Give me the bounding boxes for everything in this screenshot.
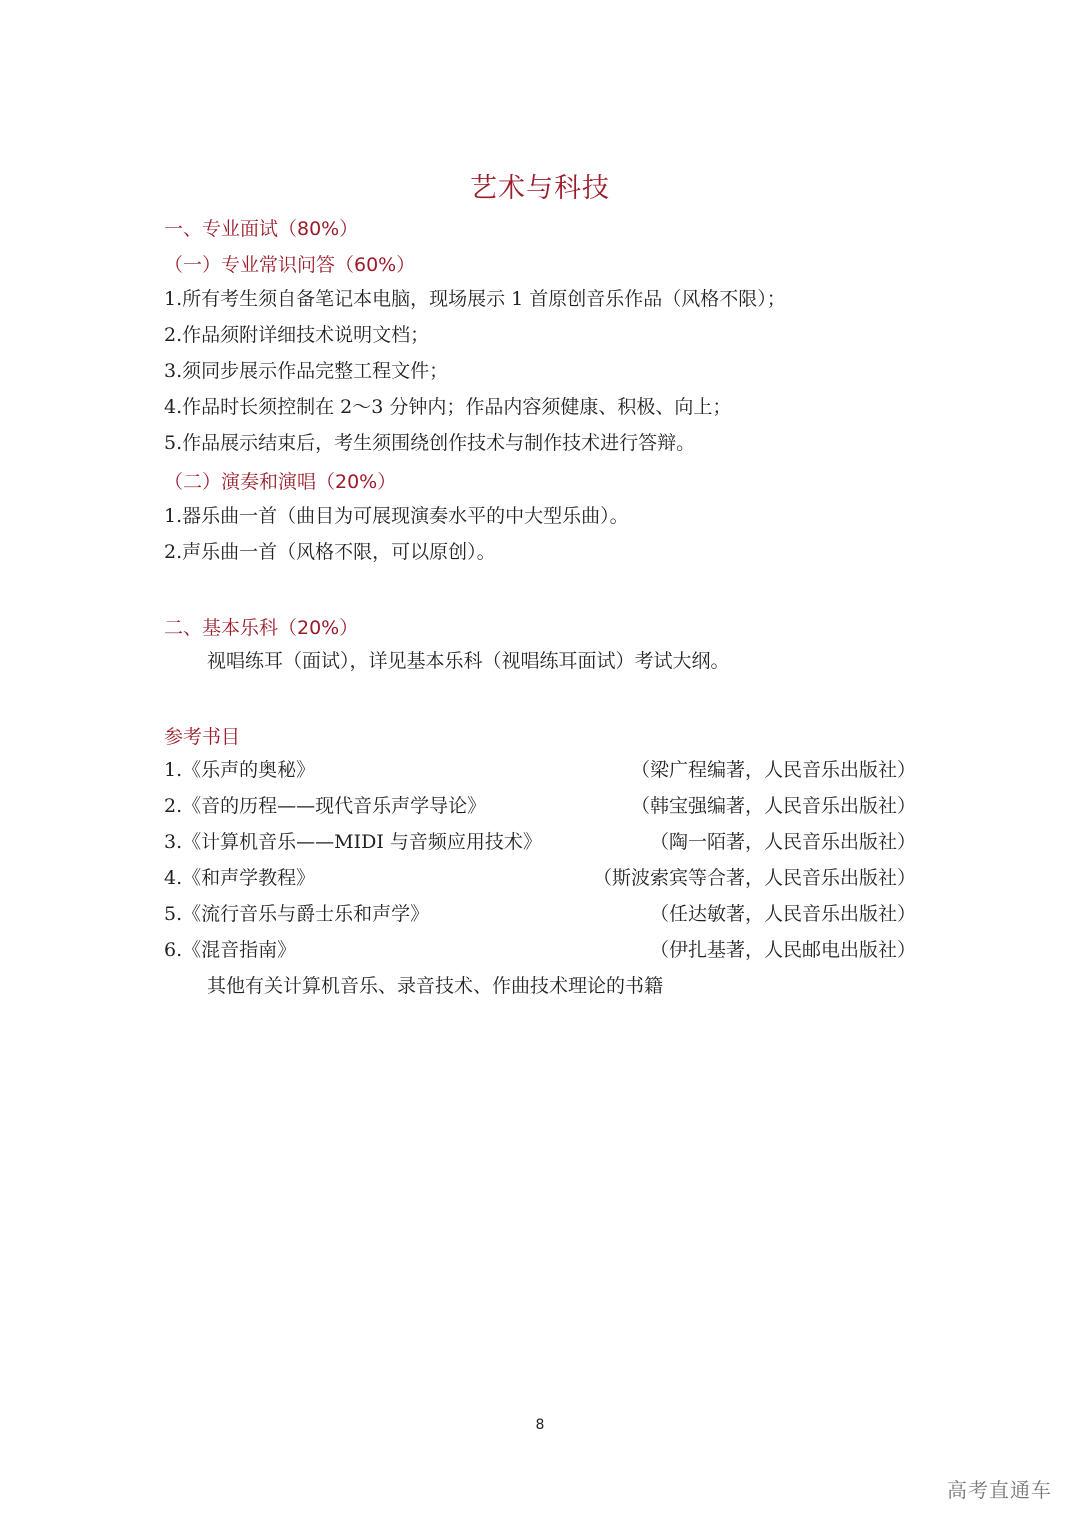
list-item: 5.作品展示结束后，考生须围绕创作技术与制作技术进行答辩。 (164, 431, 695, 455)
section-heading-basic-music: 二、基本乐科（20%） (164, 613, 358, 640)
book-source: （韩宝强编著，人民音乐出版社） (631, 794, 916, 818)
references-heading: 参考书目 (164, 722, 240, 749)
book-title: 6.《混音指南》 (164, 938, 296, 962)
book-title: 1.《乐声的奥秘》 (164, 758, 315, 782)
book-source: （梁广程编著，人民音乐出版社） (631, 758, 916, 782)
list-item: 3.须同步展示作品完整工程文件； (164, 359, 448, 383)
list-item: 2.作品须附详细技术说明文档； (164, 323, 429, 347)
book-title: 2.《音的历程——现代音乐声学导论》 (164, 794, 486, 818)
list-item: 4.作品时长须控制在 2～3 分钟内；作品内容须健康、积极、向上； (164, 395, 731, 419)
page-title: 艺术与科技 (0, 166, 1080, 205)
book-source: （任达敏著，人民音乐出版社） (650, 902, 916, 926)
list-item: 1.所有考生须自备笔记本电脑，现场展示 1 首原创音乐作品（风格不限）； (164, 287, 786, 311)
page-number: 8 (0, 1417, 1080, 1433)
book-title: 5.《流行音乐与爵士乐和声学》 (164, 902, 429, 926)
list-item: 2.声乐曲一首（风格不限，可以原创）。 (164, 540, 496, 564)
section-heading-interview: 一、专业面试（80%） (164, 214, 358, 241)
watermark: 高考直通车 (947, 1474, 1052, 1503)
references-note: 其他有关计算机音乐、录音技术、作曲技术理论的书籍 (207, 974, 663, 998)
subsection-heading-knowledge: （一）专业常识问答（60%） (164, 250, 415, 277)
book-title: 3.《计算机音乐——MIDI 与音频应用技术》 (164, 830, 542, 854)
book-source: （斯波索宾等合著，人民音乐出版社） (593, 866, 916, 890)
section-text: 视唱练耳（面试），详见基本乐科（视唱练耳面试）考试大纲。 (207, 649, 730, 673)
list-item: 1.器乐曲一首（曲目为可展现演奏水平的中大型乐曲）。 (164, 504, 629, 528)
book-source: （伊扎基著，人民邮电出版社） (650, 938, 916, 962)
book-title: 4.《和声学教程》 (164, 866, 315, 890)
subsection-heading-performance: （二）演奏和演唱（20%） (164, 467, 396, 494)
book-source: （陶一陌著，人民音乐出版社） (650, 830, 916, 854)
